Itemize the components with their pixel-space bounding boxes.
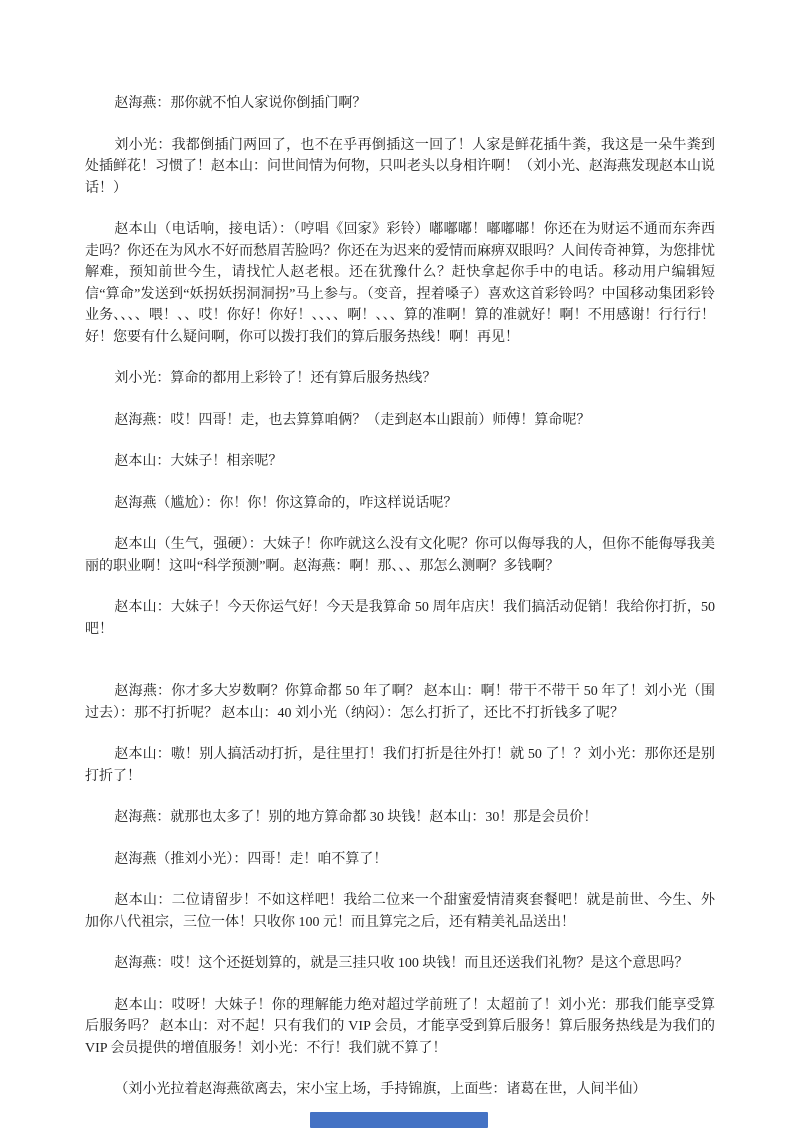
script-paragraph: 赵本山：二位请留步！不如这样吧！我给二位来一个甜蜜爱情清爽套餐吧！就是前世、今生… [85, 890, 715, 933]
script-paragraph: 赵本山：大妹子！今天你运气好！今天是我算命 50 周年店庆！我们搞活动促销！我给… [85, 597, 715, 640]
script-paragraph: 赵海燕：哎！四哥！走，也去算算咱俩？（走到赵本山跟前）师傅！算命呢？ [85, 410, 715, 432]
script-paragraph: 赵海燕：你才多大岁数啊？你算命都 50 年了啊？ 赵本山：啊！带干不带干 50 … [85, 681, 715, 724]
script-paragraph: 刘小光：算命的都用上彩铃了！还有算后服务热线？ [85, 368, 715, 390]
script-paragraph: 赵海燕：哎！这个还挺划算的，就是三挂只收 100 块钱！而且还送我们礼物？是这个… [85, 953, 715, 975]
script-paragraph: 刘小光：我都倒插门两回了，也不在乎再倒插这一回了！人家是鲜花插牛粪，我这是一朵牛… [85, 135, 715, 200]
script-paragraph: （刘小光拉着赵海燕欲离去，宋小宝上场，手持锦旗，上面些：诸葛在世，人间半仙） [85, 1079, 715, 1101]
script-paragraph: 赵海燕：那你就不怕人家说你倒插门啊？ [85, 93, 715, 115]
script-paragraph: 赵本山：大妹子！相亲呢？ [85, 451, 715, 473]
script-paragraph: 赵海燕（尴尬）：你！你！你这算命的，咋这样说话呢？ [85, 493, 715, 515]
script-paragraph: 赵本山（生气，强硬）：大妹子！你咋就这么没有文化呢？你可以侮辱我的人，但你不能侮… [85, 534, 715, 577]
script-paragraph: 赵本山：哎呀！大妹子！你的理解能力绝对超过学前班了！太超前了！刘小光：那我们能享… [85, 995, 715, 1060]
script-paragraph: 赵海燕：就那也太多了！别的地方算命都 30 块钱！赵本山：30！那是会员价！ [85, 807, 715, 829]
document-page: 赵海燕：那你就不怕人家说你倒插门啊？ 刘小光：我都倒插门两回了，也不在乎再倒插这… [0, 0, 800, 1132]
script-paragraph: 赵本山（电话响，接电话）：（哼唱《回家》彩铃）嘟嘟嘟！嘟嘟嘟！你还在为财运不通而… [85, 219, 715, 348]
script-paragraph: 赵海燕（推刘小光）：四哥！走！咱不算了！ [85, 849, 715, 871]
document-viewer: 赵海燕：那你就不怕人家说你倒插门啊？ 刘小光：我都倒插门两回了，也不在乎再倒插这… [0, 0, 800, 1132]
script-paragraph: 赵本山：嗷！别人搞活动打折，是往里打！我们打折是往外打！就 50 了！？刘小光：… [85, 744, 715, 787]
footer-link-bar[interactable] [310, 1112, 488, 1128]
